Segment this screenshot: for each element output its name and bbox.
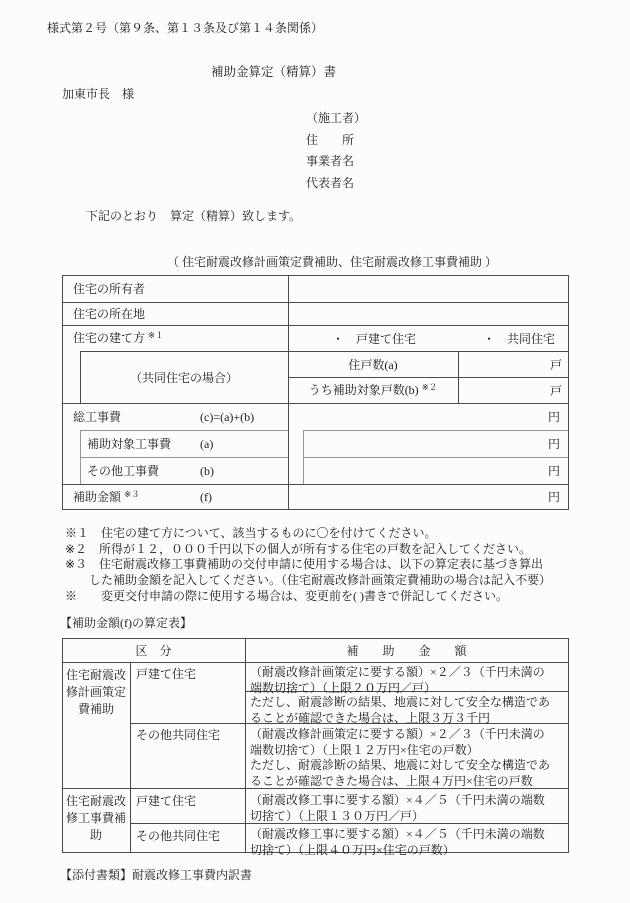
units-label: 住戸数(a) — [288, 358, 458, 373]
location-label: 住宅の所在地 — [73, 307, 145, 322]
amount-code: (f) — [200, 490, 212, 505]
note-ref-3: ※３ — [124, 489, 140, 499]
owner-label: 住宅の所有者 — [73, 282, 145, 297]
contractor-heading: （施工者） — [306, 111, 366, 126]
grid-line — [130, 662, 131, 852]
page-title: 補助金算定（精算）書 — [211, 65, 336, 80]
owner-field[interactable] — [289, 276, 567, 301]
calc-group2-row1-formula: （耐震改修工事に要する額）×４／５（千円未満の端数 切捨て）（上限１３０万円／戸… — [250, 793, 564, 824]
calc-col-category: 区 分 — [62, 644, 245, 659]
subsidy-types-line: （ 住宅耐震改修計画策定費補助、住宅耐震改修工事費補助 ） — [167, 255, 497, 270]
document-page: 様式第２号（第９条、第１３条及び第１４条関係） 補助金算定（精算）書 加東市長 … — [0, 0, 630, 903]
contractor-representative-label: 代表者名 — [306, 176, 354, 191]
yen-suffix: 円 — [288, 490, 560, 505]
subsidy-cost-label: 補助対象工事費 — [87, 437, 171, 452]
grid-line — [245, 638, 246, 852]
grid-line — [62, 662, 568, 663]
yen-suffix: 円 — [288, 437, 560, 452]
calc-group1-row1-formula: （耐震改修計画策定に要する額）×２／３（千円未満の 端数切捨て）（上限２０万円／… — [250, 665, 564, 696]
other-cost-code: (b) — [200, 464, 214, 479]
total-cost-label: 総工事費 — [73, 410, 121, 425]
note-ref-2: ※２ — [422, 382, 438, 392]
amount-label: 補助金額※３ — [73, 490, 140, 506]
notes-text: ※１ 住宅の建て方について、該当するものに〇を付けてください。 ※２ 所得が１２… — [65, 526, 585, 605]
subsidy-cost-code: (a) — [200, 437, 213, 452]
contractor-address-label: 住 所 — [306, 133, 354, 148]
contractor-business-label: 事業者名 — [306, 154, 354, 169]
apartment-case-label: （共同住宅の場合） — [80, 371, 288, 386]
yen-suffix: 円 — [288, 464, 560, 479]
yen-suffix: 円 — [288, 410, 560, 425]
calc-group1-row2-type: その他共同住宅 — [136, 728, 220, 743]
calc-group1-row1-condition: ただし、耐震診断の結果、地震に対して安全な構造であ ることが確認できた場合は、上… — [250, 695, 564, 726]
declaration-text: 下記のとおり 算定（精算）致します。 — [86, 209, 301, 224]
grid-line — [80, 430, 288, 431]
calc-group2-row2-formula: （耐震改修工事に要する額）×４／５（千円未満の端数 切捨て）（上限４０万円×住宅… — [250, 827, 564, 858]
note-ref-1: ※１ — [148, 330, 164, 340]
grid-line — [80, 430, 81, 484]
calc-group2-name: 住宅耐震改 修工事費補 助 — [62, 793, 130, 844]
apartment-option[interactable]: ・ 共同住宅 — [483, 332, 555, 347]
eligible-units-label: うち補助対象戸数(b)※２ — [288, 383, 458, 399]
calc-group2-row1-type: 戸建て住宅 — [136, 794, 196, 809]
location-field[interactable] — [289, 303, 567, 324]
calc-group1-name: 住宅耐震改 修計画策定 費補助 — [62, 667, 130, 718]
calc-col-amount: 補 助 金 額 — [245, 644, 568, 659]
unit-suffix: 戸 — [458, 358, 562, 373]
unit-suffix: 戸 — [458, 384, 562, 399]
attachment-note: 【添付書類】耐震改修工事費内訳書 — [60, 868, 252, 883]
grid-line — [62, 325, 568, 326]
grid-line — [80, 457, 288, 458]
form-number: 様式第２号（第９条、第１３条及び第１４条関係） — [47, 21, 323, 36]
calc-group2-row2-type: その他共同住宅 — [136, 829, 220, 844]
other-cost-label: その他工事費 — [87, 464, 159, 479]
total-cost-code: (c)=(a)+(b) — [200, 410, 254, 425]
detached-option[interactable]: ・ 戸建て住宅 — [332, 332, 416, 347]
calc-table-heading: 【補助金額(f)の算定表】 — [60, 616, 192, 631]
calc-group1-row1-type: 戸建て住宅 — [136, 667, 196, 682]
addressee: 加東市長 様 — [62, 87, 134, 102]
building-type-label: 住宅の建て方※１ — [73, 331, 164, 347]
calc-group1-row2-formula: （耐震改修計画策定に要する額）×２／３（千円未満の 端数切捨て）（上限１２万円×… — [250, 727, 564, 789]
